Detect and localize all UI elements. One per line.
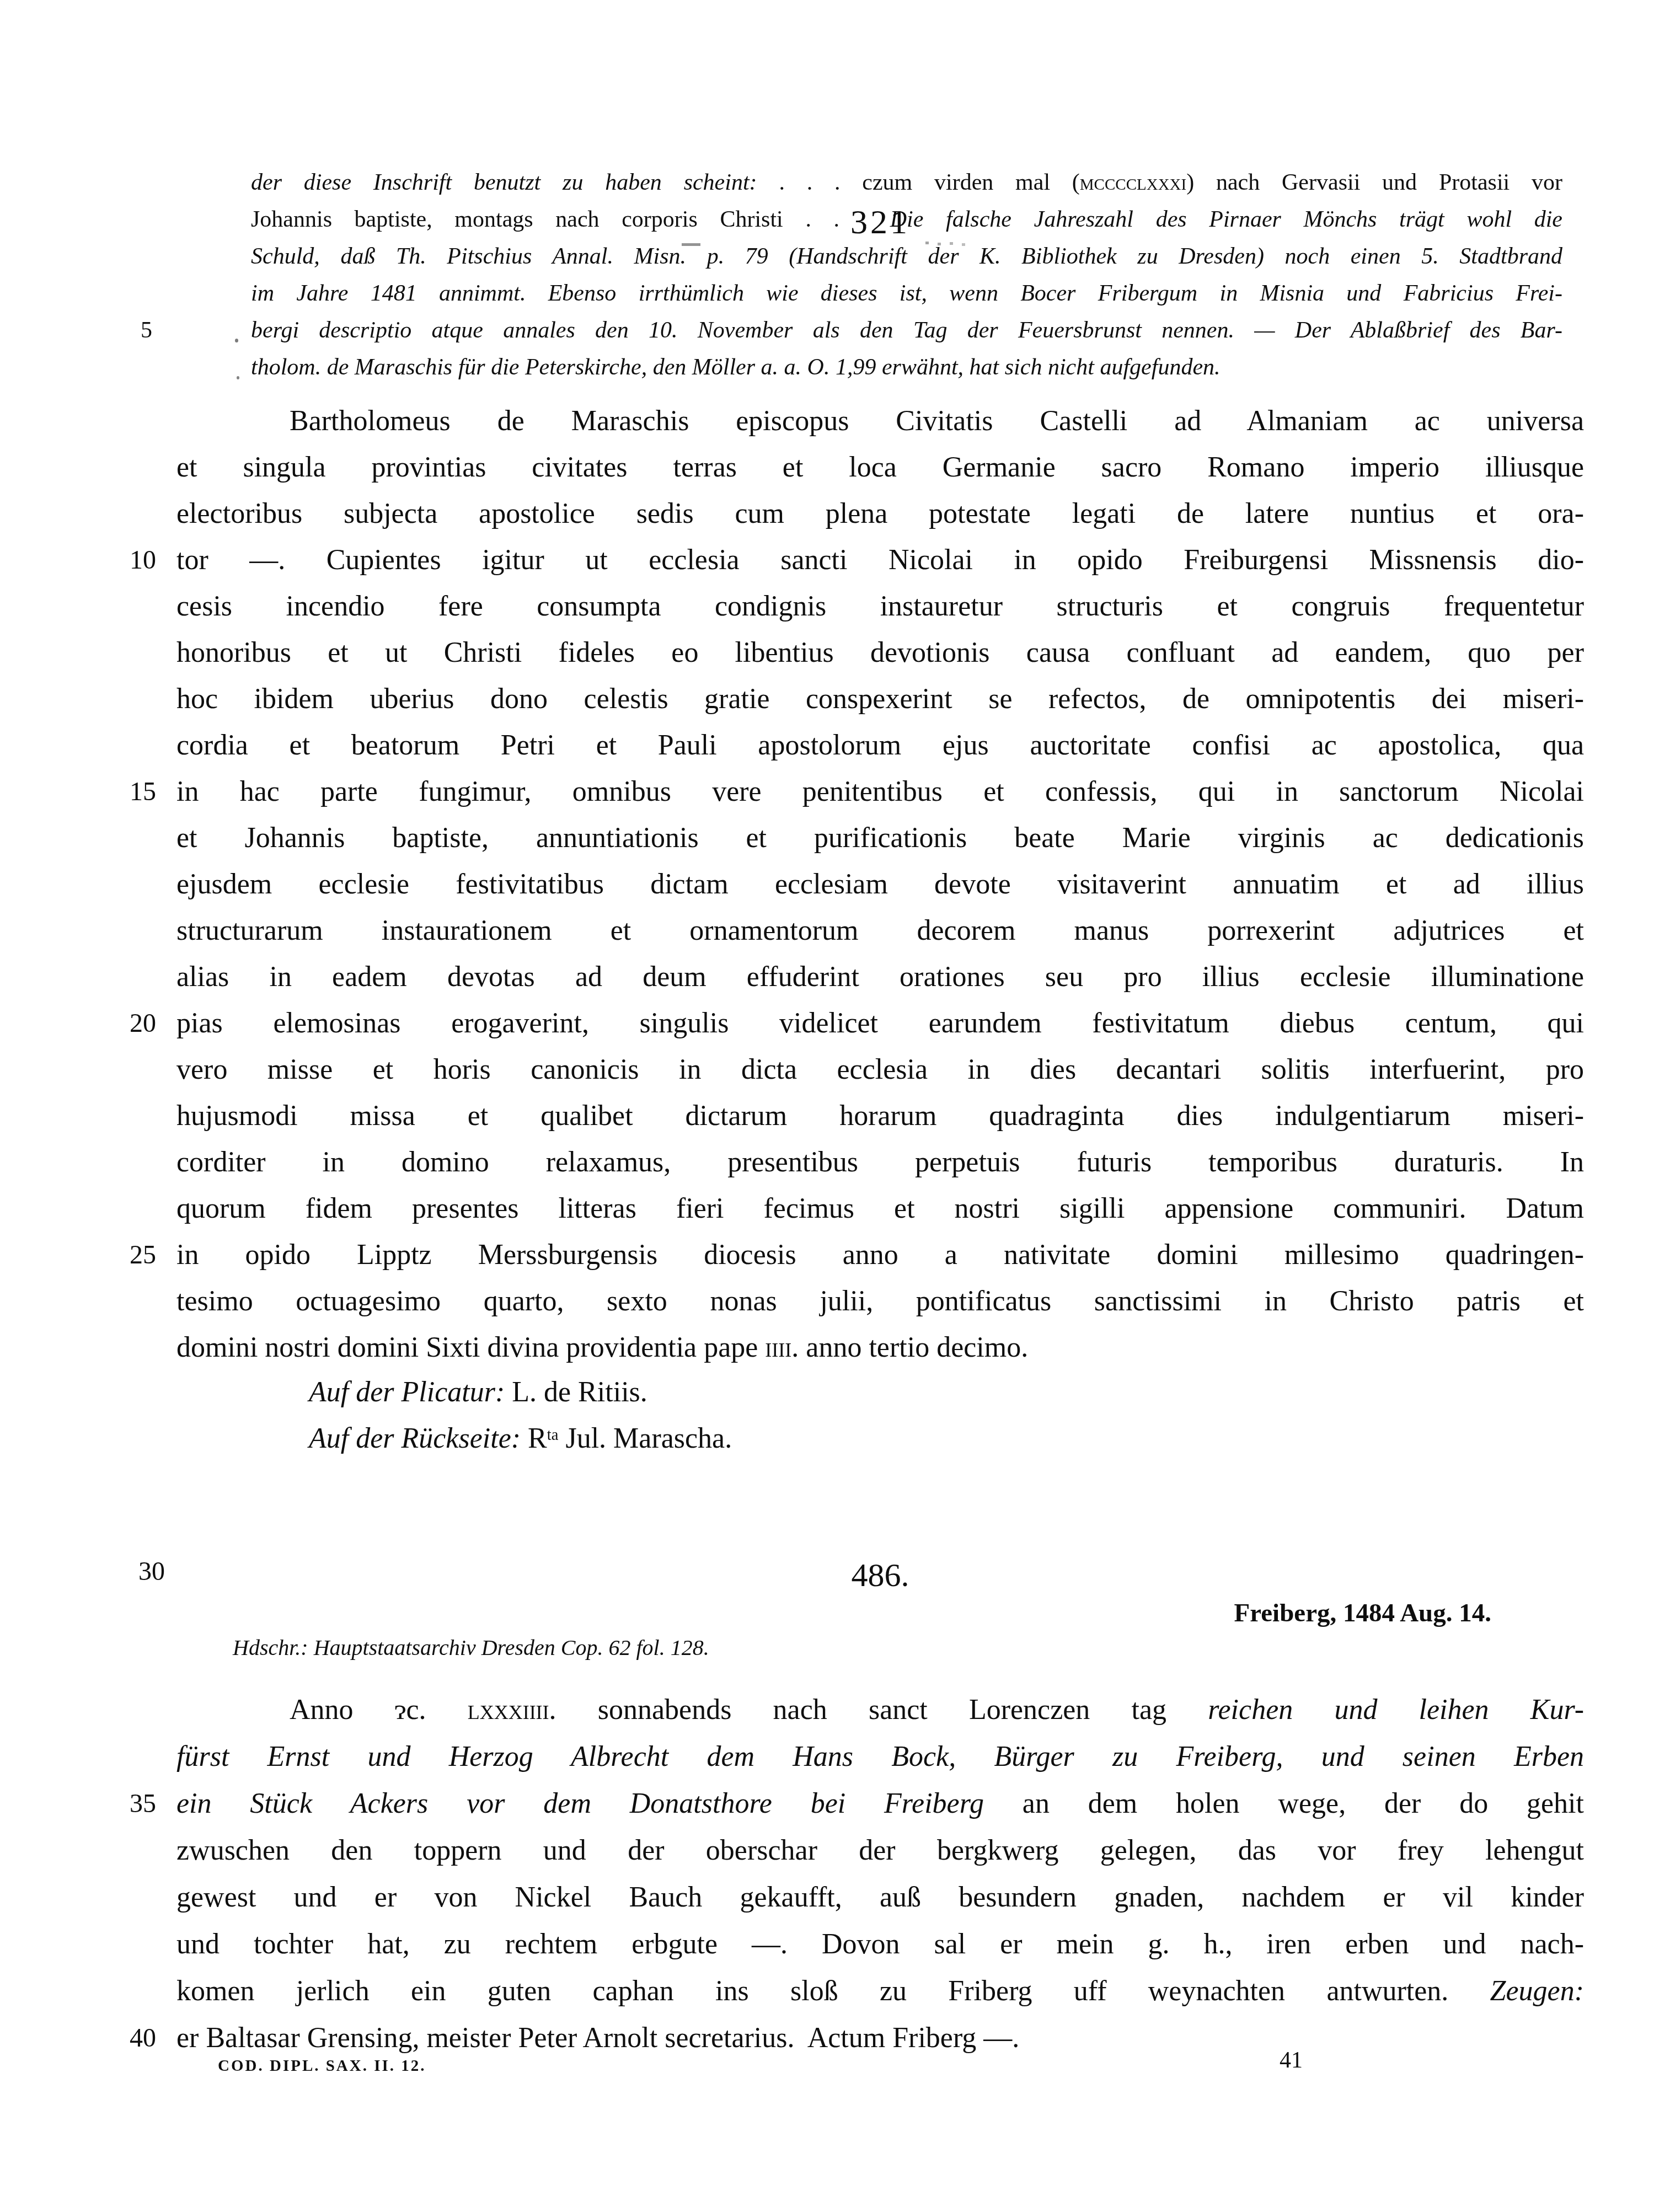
line-text: gewest und er von Nickel Bauch gekaufft,… (176, 1882, 1584, 1913)
margin-line-number: 35 (130, 1780, 165, 1827)
line-text: electoribus subjecta apostolice sedis cu… (176, 498, 1584, 529)
line-text: corditer in domino relaxamus, presentibu… (176, 1147, 1584, 1178)
text-line: 15 in hac parte fungimur, omnibus vere p… (176, 769, 1584, 815)
footnote-line: im Jahre 1481 annimmt. Ebenso irrthümlic… (251, 275, 1562, 312)
footnote-text: Schuld, daß Th. Pitschius Annal. Misn. p… (251, 244, 1562, 269)
series-signature: COD. DIPL. SAX. II. 12. (218, 2057, 426, 2075)
line-text: Bartholomeus de Maraschis episcopus Civi… (290, 405, 1584, 437)
roman-numeral: mcccclxxxi (1080, 170, 1186, 195)
dateline: Freiberg, 1484 Aug. 14. (176, 1598, 1584, 1628)
line-text: hujusmodi missa et qualibet dictarum hor… (176, 1100, 1584, 1132)
text-line: tesimo octuagesimo quarto, sexto nonas j… (176, 1278, 1584, 1325)
footnote-line: tholom. de Maraschis für die Peterskirch… (251, 349, 1562, 386)
text-line: ejusdem ecclesie festivitatibus dictam e… (176, 861, 1584, 908)
rueckseite-value: R (521, 1423, 547, 1454)
line-text: cordia et beatorum Petri et Pauli aposto… (176, 730, 1584, 761)
text-line: 10 tor —. Cupientes igitur ut ecclesia s… (176, 537, 1584, 583)
source-line: Hdschr.: Hauptstaatsarchiv Dresden Cop. … (233, 1635, 709, 1661)
line-text: tesimo octuagesimo quarto, sexto nonas j… (176, 1286, 1584, 1317)
latin-paragraph: Bartholomeus de Maraschis episcopus Civi… (176, 398, 1584, 1371)
text-line: komen jerlich ein guten caphan ins sloß … (176, 1968, 1584, 2015)
line-text: pias elemosinas erogaverint, singulis vi… (176, 1008, 1584, 1039)
german-paragraph: Anno ɂc. lxxxiiii. sonnabends nach sanct… (176, 1686, 1584, 2061)
text-line: zwuschen den toppern und der oberschar d… (176, 1827, 1584, 1874)
text-line: cesis incendio fere consumpta condignis … (176, 583, 1584, 630)
footnote-text: der diese Inschrift benutzt zu haben sch… (251, 170, 779, 195)
footnote-line: Johannis baptiste, montags nach corporis… (251, 201, 1562, 238)
rueckseite-label: Auf der Rückseite: (309, 1423, 521, 1454)
line-text: zwuschen den toppern und der oberschar d… (176, 1835, 1584, 1866)
line-text: quorum fidem presentes litteras fieri fe… (176, 1193, 1584, 1224)
text-line: domini nostri domini Sixti divina provid… (176, 1325, 1584, 1371)
margin-line-number: 20 (130, 1000, 165, 1047)
footnote-line: der diese Inschrift benutzt zu haben sch… (251, 164, 1562, 201)
plicatur-line: Auf der Plicatur: L. de Ritiis. (309, 1371, 732, 1414)
line-text: tor —. Cupientes igitur ut ecclesia sanc… (176, 544, 1584, 576)
text-line: 20 pias elemosinas erogaverint, singulis… (176, 1000, 1584, 1047)
line-text: und tochter hat, zu rechtem erbgute —. D… (176, 1929, 1584, 1960)
footnote-text: im Jahre 1481 annimmt. Ebenso irrthümlic… (251, 281, 1562, 306)
text-line: 40 er Baltasar Grensing, meister Peter A… (176, 2015, 1584, 2061)
plicatur-value: L. de Ritiis. (505, 1377, 647, 1408)
text-line: honoribus et ut Christi fideles eo liben… (176, 630, 1584, 676)
text-line: corditer in domino relaxamus, presentibu… (176, 1139, 1584, 1186)
margin-line-number: 30 (130, 1556, 165, 1587)
doc-number: 486. (852, 1557, 909, 1593)
text-line: hujusmodi missa et qualibet dictarum hor… (176, 1093, 1584, 1139)
footnote-text: bergi descriptio atque annales den 10. N… (251, 318, 1562, 343)
line-text: komen jerlich ein guten caphan ins sloß … (176, 1975, 1490, 2007)
line-text: structurarum instaurationem et ornamento… (176, 915, 1584, 946)
footnote-text: Johannis baptiste, montags nach corporis… (251, 207, 890, 232)
sheet-number: 41 (1280, 2047, 1303, 2074)
line-text: Zeugen: (1490, 1975, 1584, 2007)
footnote-line: Schuld, daß Th. Pitschius Annal. Misn. p… (251, 238, 1562, 275)
margin-line-number: 5 (141, 312, 185, 349)
margin-line-number: 25 (130, 1232, 165, 1278)
text-line: Anno ɂc. lxxxiiii. sonnabends nach sanct… (176, 1686, 1584, 1733)
text-line: et singula provintias civitates terras e… (176, 444, 1584, 491)
rueckseite-line: Auf der Rückseite: Rta Jul. Marascha. (309, 1414, 732, 1457)
footnote-text: Die falsche Jahreszahl des Pirnaer Mönch… (890, 207, 1562, 232)
plicatur-label: Auf der Plicatur: (309, 1377, 505, 1408)
line-text: . sonnabends nach sanct Lorenczen tag (549, 1694, 1208, 1726)
rueckseite-value: Jul. Marascha. (558, 1423, 732, 1454)
line-text: hoc ibidem uberius dono celestis gratie … (176, 683, 1584, 715)
line-text: ejusdem ecclesie festivitatibus dictam e… (176, 869, 1584, 900)
superscript: ta (547, 1427, 559, 1444)
text-line: electoribus subjecta apostolice sedis cu… (176, 491, 1584, 537)
line-text: vero misse et horis canonicis in dicta e… (176, 1054, 1584, 1085)
text-line: vero misse et horis canonicis in dicta e… (176, 1047, 1584, 1093)
line-text: reichen und leihen Kur- (1208, 1694, 1584, 1726)
line-text: et singula provintias civitates terras e… (176, 452, 1584, 483)
footnote-text: tholom. de Maraschis für die Peterskirch… (251, 355, 1221, 380)
text-line: Bartholomeus de Maraschis episcopus Civi… (176, 398, 1584, 444)
text-line: alias in eadem devotas ad deum effuderin… (176, 954, 1584, 1000)
text-line: fürst Ernst und Herzog Albrecht dem Hans… (176, 1733, 1584, 1780)
line-text: cesis incendio fere consumpta condignis … (176, 591, 1584, 622)
scan-artifact (237, 376, 239, 379)
endorsement-block: Auf der Plicatur: L. de Ritiis. Auf der … (309, 1371, 732, 1457)
footnote-line: 5 bergi descriptio atque annales den 10.… (251, 312, 1562, 349)
text-line: structurarum instaurationem et ornamento… (176, 908, 1584, 954)
line-text: honoribus et ut Christi fideles eo liben… (176, 637, 1584, 668)
doc-heading: 30 486. (176, 1556, 1584, 1594)
margin-line-number: 10 (130, 537, 165, 583)
margin-line-number: 15 (130, 769, 165, 815)
line-text: . anno tertio decimo. (791, 1332, 1028, 1363)
line-text: ein Stück Ackers vor dem Donatsthore bei… (176, 1788, 984, 1819)
text-line: et Johannis baptiste, annuntiationis et … (176, 815, 1584, 861)
roman-numeral: iiii (765, 1332, 791, 1363)
text-line: gewest und er von Nickel Bauch gekaufft,… (176, 1874, 1584, 1921)
line-text: domini nostri domini Sixti divina provid… (176, 1332, 765, 1363)
line-text: et Johannis baptiste, annuntiationis et … (176, 822, 1584, 854)
text-line: quorum fidem presentes litteras fieri fe… (176, 1186, 1584, 1232)
roman-numeral: lxxxiiii (468, 1694, 549, 1726)
line-text: Anno ɂc. (290, 1694, 468, 1726)
text-line: cordia et beatorum Petri et Pauli aposto… (176, 722, 1584, 769)
line-text: in opido Lipptz Merssburgensis diocesis … (176, 1239, 1584, 1271)
line-text: in hac parte fungimur, omnibus vere peni… (176, 776, 1584, 807)
line-text: an dem holen wege, der do gehit (984, 1788, 1584, 1819)
line-text: fürst Ernst und Herzog Albrecht dem Hans… (176, 1741, 1584, 1772)
footnote-block: der diese Inschrift benutzt zu haben sch… (251, 164, 1562, 386)
text-line: und tochter hat, zu rechtem erbgute —. D… (176, 1921, 1584, 1968)
text-line: hoc ibidem uberius dono celestis gratie … (176, 676, 1584, 722)
text-line: 35 ein Stück Ackers vor dem Donatsthore … (176, 1780, 1584, 1827)
line-text: alias in eadem devotas ad deum effuderin… (176, 961, 1584, 993)
margin-line-number: 40 (130, 2015, 165, 2061)
line-text: er Baltasar Grensing, meister Peter Arno… (176, 2022, 1019, 2054)
scan-artifact (235, 339, 238, 342)
footnote-text: ) nach Gervasii und Protasii vor (1186, 170, 1562, 195)
footnote-text: . . . czum virden mal ( (779, 170, 1079, 195)
text-line: 25 in opido Lipptz Merssburgensis dioces… (176, 1232, 1584, 1278)
